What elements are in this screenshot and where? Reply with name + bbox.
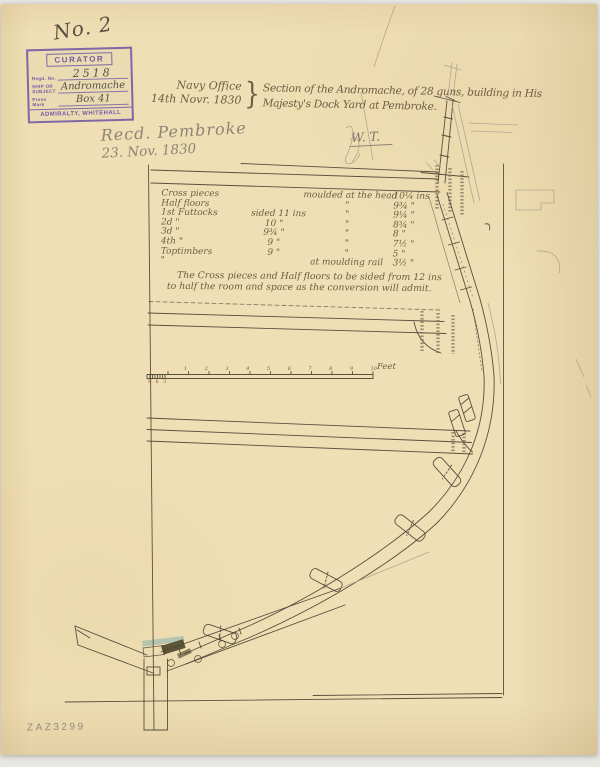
bilge-frame-curves xyxy=(184,376,494,664)
scale-foot-number: 4 xyxy=(246,366,249,372)
scale-unit-label: Feet xyxy=(377,362,396,372)
scale-foot-number: 8 xyxy=(329,366,332,372)
scan-background: No. 2 CURATOR Regd. No. 2518 SHIP OR SUB… xyxy=(0,0,600,767)
scale-bar xyxy=(147,372,373,379)
frame-chocks xyxy=(201,454,464,647)
scale-foot-number: 9 xyxy=(350,366,353,372)
section-drawing xyxy=(1,4,600,767)
drawing-sheet: No. 2 CURATOR Regd. No. 2518 SHIP OR SUB… xyxy=(1,4,597,755)
keel-chocks xyxy=(142,636,192,659)
scale-foot-number: 6 xyxy=(288,366,291,372)
topside-frame-doubling xyxy=(429,197,473,303)
keel xyxy=(144,659,168,730)
scale-foot-number: 2 xyxy=(205,366,208,372)
scale-foot-number: 7 xyxy=(308,366,311,372)
scale-inch-numbers: 963 xyxy=(148,380,166,385)
floor-timbers xyxy=(75,588,345,675)
archive-reference: ZAZ3299 xyxy=(27,721,86,733)
scale-inch-number: 9 xyxy=(148,380,151,385)
scale-inch-number: 3 xyxy=(163,380,166,385)
midship-frame xyxy=(470,299,494,376)
scale-foot-number: 3 xyxy=(225,366,228,372)
scale-foot-numbers: 12345678910 xyxy=(184,366,377,372)
gun-deck-lines xyxy=(148,302,446,354)
scale-inch-number: 6 xyxy=(156,380,159,385)
pencil-marks xyxy=(341,6,591,588)
upper-deck-lines xyxy=(151,164,469,193)
lower-deck-lines xyxy=(147,418,473,454)
scale-foot-number: 1 xyxy=(184,366,187,372)
scale-foot-number: 5 xyxy=(267,366,270,372)
